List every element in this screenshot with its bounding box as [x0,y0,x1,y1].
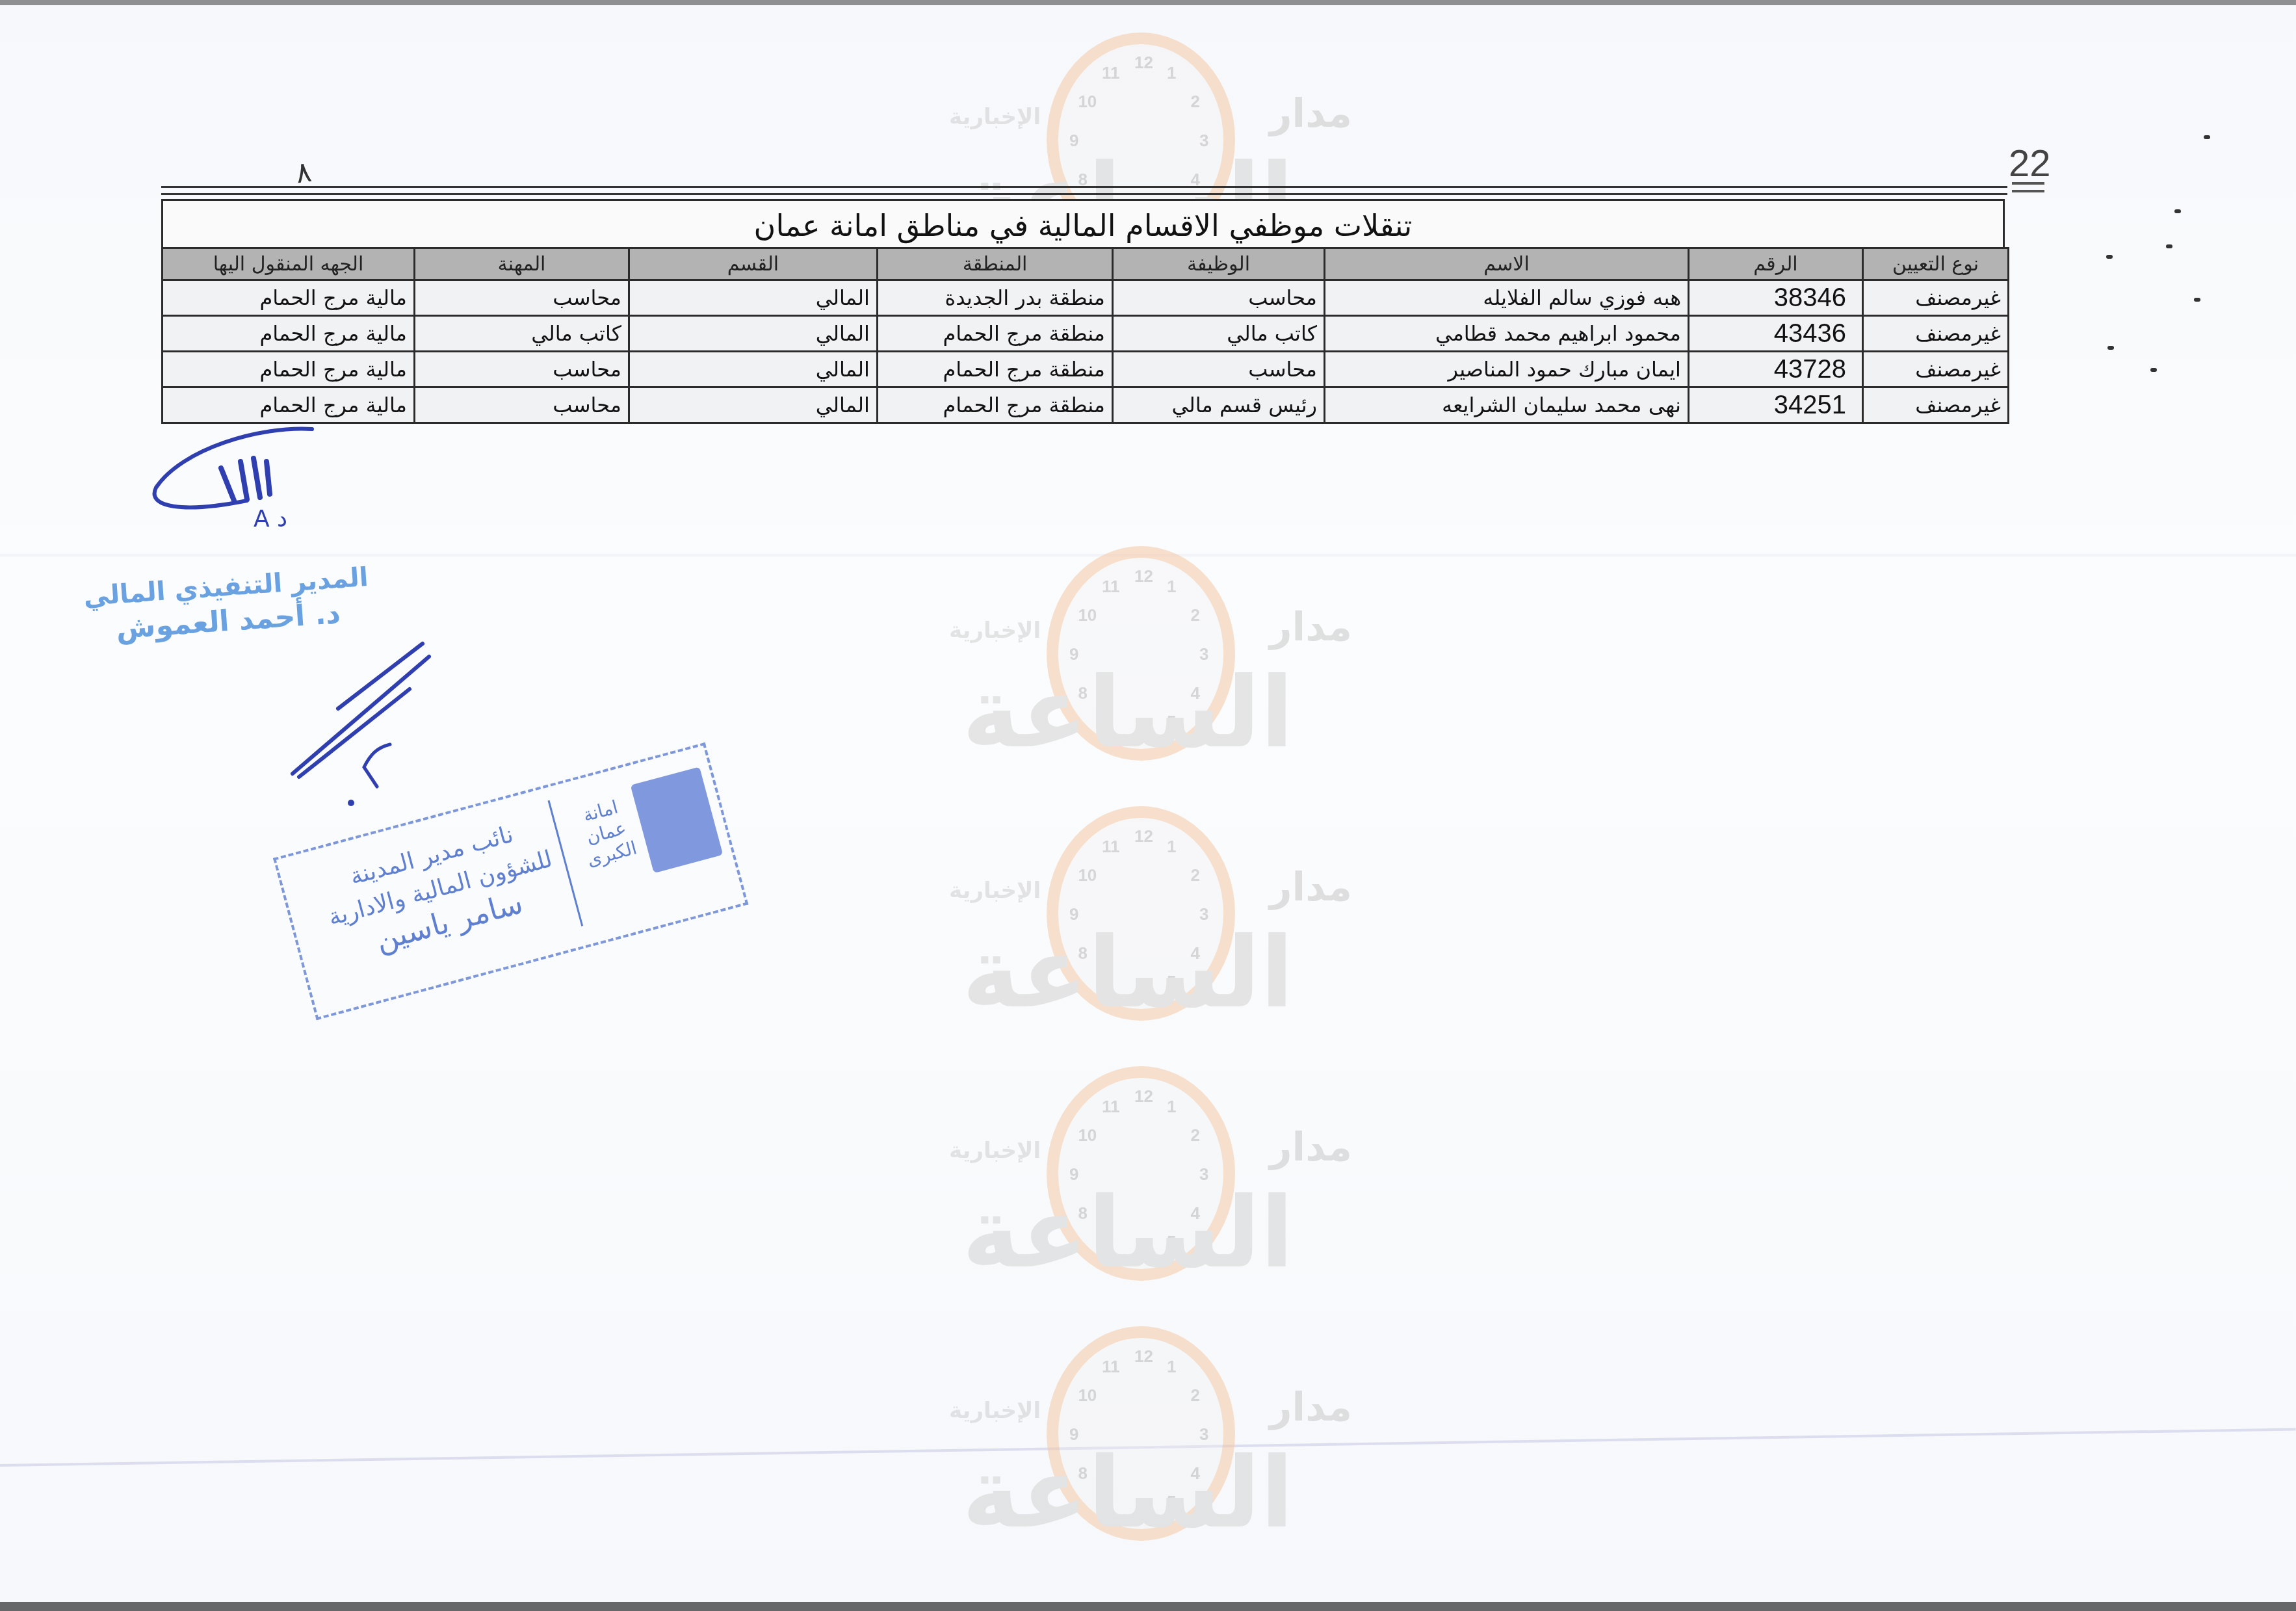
clock-numeral: 5 [1167,1492,1176,1512]
transfers-table: نوع التعيين الرقم الاسم الوظيفة المنطقة … [161,247,2009,424]
clock-numeral: 7 [1102,1492,1111,1512]
clock-numeral: 12 [1134,566,1153,586]
clock-numeral: 12 [1134,53,1153,73]
clock-numeral: 10 [1078,1385,1097,1406]
clock-numeral: 3 [1199,644,1208,664]
column-header-name: الاسم [1325,248,1689,280]
clock-numeral: 9 [1069,904,1078,924]
scan-speck [2106,255,2113,259]
executive-stamp: المدير التنفيذي المالي د. أحمد العموش [83,562,372,648]
cell-destination: مالية مرج الحمام [163,280,415,316]
column-header-number: الرقم [1689,248,1863,280]
cell-appointment-type: غيرمصنف [1863,387,2009,423]
cell-name: هبه فوزي سالم الفلايله [1325,280,1689,316]
municipality-logo-icon [631,766,723,873]
page-number-underline [2012,182,2044,185]
clock-numeral: 12 [1134,1086,1153,1107]
watermark-text: الإخبارية [949,1398,1041,1424]
cell-profession: محاسب [415,352,629,387]
cell-department: المالي [629,352,878,387]
document-title: تنقلات موظفي الاقسام المالية في مناطق ام… [754,208,1413,243]
clock-numeral: 12 [1134,1346,1153,1367]
watermark-clock-icon: 121234567891011 [1047,1326,1235,1541]
scan-artifact-line [0,554,2296,557]
cell-job: رئيس قسم مالي [1113,387,1325,423]
clock-numeral: 11 [1102,1097,1120,1117]
watermark-clock-icon: 121234567891011 [1047,806,1235,1021]
cell-number: 43436 [1689,316,1863,352]
page-number: 22 [2009,142,2051,185]
clock-numeral: 5 [1167,1232,1176,1252]
clock-numeral: 2 [1191,1125,1200,1146]
clock-numeral: 4 [1191,1463,1200,1484]
watermark-text: مدار [1270,865,1352,910]
clock-numeral: 10 [1078,865,1097,885]
cell-number: 38346 [1689,280,1863,316]
column-header-job: الوظيفة [1113,248,1325,280]
scan-speck [2107,346,2114,350]
watermark-logo: 121234567891011 مدار الإخبارية الساعة [949,546,1352,780]
scanned-page: 121234567891011 مدار الإخبارية الساعة 12… [0,0,2296,1611]
clock-numeral: 1 [1167,1097,1176,1117]
watermark-text: مدار [1270,1125,1352,1170]
cell-profession: كاتب مالي [415,316,629,352]
clock-numeral: 4 [1191,943,1200,963]
clock-numeral: 1 [1167,577,1176,597]
cell-destination: مالية مرج الحمام [163,352,415,387]
watermark-logo: 121234567891011 مدار الإخبارية الساعة [949,806,1352,1040]
clock-numeral: 11 [1102,837,1120,857]
clock-numeral: 6 [1134,982,1143,1002]
watermark-text: الساعة [962,917,1294,1030]
clock-numeral: 5 [1167,712,1176,732]
stamp-organization: امانة عمان الكبرى [573,794,639,872]
cell-region: منطقة مرج الحمام [878,387,1113,423]
cell-appointment-type: غيرمصنف [1863,316,2009,352]
initials-signature: A د [143,423,338,540]
cell-region: منطقة بدر الجديدة [878,280,1113,316]
title-box: تنقلات موظفي الاقسام المالية في مناطق ام… [161,199,2005,252]
clock-numeral: 9 [1069,644,1078,664]
column-header-appointment-type: نوع التعيين [1863,248,2009,280]
table-header-row: نوع التعيين الرقم الاسم الوظيفة المنطقة … [163,248,2009,280]
scan-speck [2174,209,2181,213]
table-row: غيرمصنف 43436 محمود ابراهيم محمد قطامي ك… [163,316,2009,352]
column-header-profession: المهنة [415,248,629,280]
cell-region: منطقة مرج الحمام [878,352,1113,387]
clock-numeral: 2 [1191,1385,1200,1406]
watermark-text: الإخبارية [949,878,1041,904]
cell-destination: مالية مرج الحمام [163,387,415,423]
clock-numeral: 10 [1078,92,1097,112]
watermark-text: الإخبارية [949,104,1041,130]
cell-name: نهى محمد سليمان الشرايعه [1325,387,1689,423]
clock-numeral: 11 [1102,1357,1120,1377]
title-rule [161,186,2007,195]
clock-numeral: 9 [1069,1164,1078,1185]
clock-numeral: 8 [1078,1463,1087,1484]
clock-numeral: 3 [1199,904,1208,924]
column-header-destination: الجهه المنقول اليها [163,248,415,280]
clock-numeral: 7 [1102,1232,1111,1252]
cell-name: محمود ابراهيم محمد قطامي [1325,316,1689,352]
clock-numeral: 5 [1167,972,1176,992]
watermark-clock-icon: 121234567891011 [1047,1066,1235,1281]
clock-numeral: 8 [1078,943,1087,963]
cell-department: المالي [629,387,878,423]
stamp-title-block: نائب مدير المدينة للشؤون المالية والادار… [316,810,565,968]
cell-appointment-type: غيرمصنف [1863,280,2009,316]
clock-numeral: 4 [1191,1203,1200,1224]
watermark-text: مدار [1270,605,1352,650]
clock-numeral: 10 [1078,605,1097,625]
watermark-text: الساعة [962,1437,1294,1550]
watermark-text: الإخبارية [949,1138,1041,1164]
clock-numeral: 7 [1102,972,1111,992]
clock-numeral: 1 [1167,837,1176,857]
clock-numeral: 6 [1134,1502,1143,1523]
table-row: غيرمصنف 43728 ايمان مبارك حمود المناصير … [163,352,2009,387]
clock-numeral: 1 [1167,63,1176,83]
scan-speck [2204,135,2210,139]
clock-numeral: 9 [1069,1424,1078,1445]
cell-destination: مالية مرج الحمام [163,316,415,352]
cell-appointment-type: غيرمصنف [1863,352,2009,387]
clock-numeral: 10 [1078,1125,1097,1146]
column-header-department: القسم [629,248,878,280]
watermark-text: الساعة [962,1177,1294,1290]
scan-speck [2194,298,2200,302]
watermark-logo: 121234567891011 مدار الإخبارية الساعة [949,1066,1352,1300]
scan-edge-bottom [0,1602,2296,1611]
cell-number: 34251 [1689,387,1863,423]
clock-numeral: 2 [1191,92,1200,112]
table-row: غيرمصنف 34251 نهى محمد سليمان الشرايعه ر… [163,387,2009,423]
cell-region: منطقة مرج الحمام [878,316,1113,352]
watermark-text: الساعة [962,657,1294,770]
clock-numeral: 1 [1167,1357,1176,1377]
executive-signature [280,637,436,832]
clock-numeral: 3 [1199,1164,1208,1185]
clock-numeral: 9 [1069,131,1078,151]
clock-numeral: 8 [1078,1203,1087,1224]
clock-numeral: 11 [1102,577,1120,597]
watermark-text: مدار [1270,1385,1352,1430]
watermark-clock-icon: 121234567891011 [1047,546,1235,761]
clock-numeral: 8 [1078,683,1087,703]
column-header-region: المنطقة [878,248,1113,280]
cell-department: المالي [629,316,878,352]
clock-numeral: 3 [1199,1424,1208,1445]
scan-artifact-line [0,1428,2296,1467]
scan-edge-top [0,0,2296,5]
clock-numeral: 6 [1134,722,1143,742]
scan-speck [2150,368,2157,372]
watermark-text: الإخبارية [949,618,1041,644]
table-row: غيرمصنف 38346 هبه فوزي سالم الفلايله محا… [163,280,2009,316]
scan-speck [2166,244,2172,248]
clock-numeral: 3 [1199,131,1208,151]
page-number-underline [2012,190,2044,192]
clock-numeral: 11 [1102,63,1120,83]
clock-numeral: 6 [1134,1242,1143,1263]
cell-name: ايمان مبارك حمود المناصير [1325,352,1689,387]
cell-department: المالي [629,280,878,316]
watermark-text: مدار [1270,91,1352,137]
handwritten-mark: ٨ [294,155,314,190]
cell-number: 43728 [1689,352,1863,387]
initials-note: A د [254,506,287,532]
cell-job: محاسب [1113,352,1325,387]
clock-numeral: 7 [1102,712,1111,732]
clock-numeral: 4 [1191,683,1200,703]
clock-numeral: 12 [1134,826,1153,846]
cell-job: كاتب مالي [1113,316,1325,352]
clock-numeral: 2 [1191,605,1200,625]
clock-numeral: 2 [1191,865,1200,885]
cell-profession: محاسب [415,280,629,316]
cell-profession: محاسب [415,387,629,423]
cell-job: محاسب [1113,280,1325,316]
